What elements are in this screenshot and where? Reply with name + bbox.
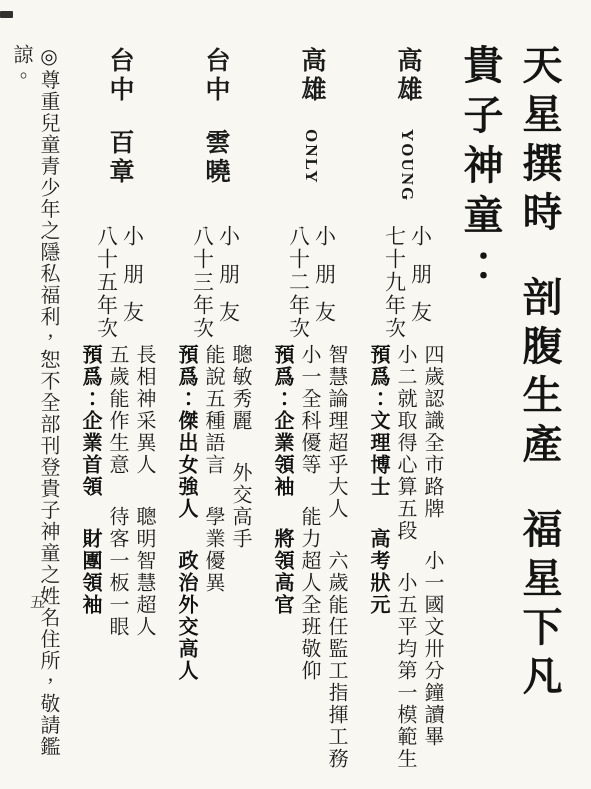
description-phrase: 聰敏秀麗 [229, 344, 251, 432]
entry-child-label: 小朋友 [312, 225, 337, 340]
entry-title: 高雄ONLY [296, 47, 326, 185]
title-segment: 剖腹生產 [517, 276, 562, 472]
description-column: 小二就取得心算五段小五平均第一模範生 [391, 344, 418, 783]
prediction-column: 預爲：文理博士高考狀元 [364, 344, 391, 783]
page-title: 天星撰時剖腹生產福星下凡 [513, 44, 565, 783]
description-phrase: 小二就取得心算五段 [394, 344, 416, 542]
description-phrase: 能說五種語言 [202, 344, 224, 476]
prediction-phrase: 高考狀元 [367, 528, 389, 616]
description-phrase: 小五平均第一模範生 [394, 572, 416, 770]
description-phrase: 四歲認識全市路牌 [421, 344, 443, 520]
description-phrase: 待客一板一眼 [106, 506, 128, 638]
entry-birth-year: 七十九年次 [382, 225, 407, 340]
entry-header: 台中雲曉 小朋友 八十三年次 [177, 44, 253, 340]
description-column: 能說五種語言學業優異 [199, 344, 226, 783]
entry-name: YOUNG [398, 129, 417, 202]
prediction-phrase: 政治外交高人 [175, 550, 197, 682]
description-phrase: 小一國文卅分鐘讀畢 [421, 550, 443, 748]
description-phrase: 外交高手 [229, 462, 251, 550]
entry-name: ONLY [302, 129, 321, 185]
entry-description: 四歲認識全市路牌小一國文卅分鐘讀畢 小二就取得心算五段小五平均第一模範生 預爲：… [369, 340, 445, 783]
child-entry: 高雄ONLY 小朋友 八十二年次 智慧論理超乎大人六歲能任監工指揮工務 小一全科… [273, 44, 349, 783]
description-phrase: 能力超人全班敬仰 [298, 506, 320, 682]
description-phrase: 五歲能作生意 [106, 344, 128, 476]
page-subtitle: 貴子神童： [455, 44, 505, 783]
description-phrase: 智慧論理超乎大人 [325, 344, 347, 520]
description-column: 智慧論理超乎大人六歲能任監工指揮工務 [322, 344, 349, 783]
vertical-text-flow: 天星撰時剖腹生產福星下凡 貴子神童： 高雄YOUNG 小朋友 七十九年次 四歲認… [0, 0, 591, 789]
entry-child-label: 小朋友 [120, 225, 145, 340]
prediction-phrase: 財團領袖 [79, 528, 101, 616]
prediction-column: 預爲：企業領袖將領高官 [268, 344, 295, 783]
entry-birth-year: 八十五年次 [94, 225, 119, 340]
prediction-column: 預爲：企業首領財團領袖 [76, 344, 103, 783]
title-segment: 福星下凡 [517, 508, 562, 704]
prediction-phrase: 預爲：企業首領 [79, 344, 101, 498]
entry-name: 百章 [106, 129, 133, 187]
child-entry: 高雄YOUNG 小朋友 七十九年次 四歲認識全市路牌小一國文卅分鐘讀畢 小二就取… [369, 44, 445, 783]
title-segment: 天星撰時 [517, 44, 562, 240]
entry-birth-year: 八十二年次 [286, 225, 311, 340]
prediction-phrase: 預爲：傑出女強人 [175, 344, 197, 520]
prediction-phrase: 預爲：企業領袖 [271, 344, 293, 498]
entry-child-label: 小朋友 [408, 225, 433, 340]
entry-header: 高雄YOUNG 小朋友 七十九年次 [369, 44, 445, 340]
privacy-notice: ◎尊重兒童青少年之隱私福利，恕不全部刊登貴子神童之姓名住所，敬請鑑諒。 [7, 44, 61, 783]
entry-title: 高雄YOUNG [392, 47, 422, 202]
description-column: 聰敏秀麗外交高手 [226, 344, 253, 783]
entry-header: 高雄ONLY 小朋友 八十二年次 [273, 44, 349, 340]
entry-birth-year: 八十三年次 [190, 225, 215, 340]
entry-city: 台中 [202, 47, 229, 105]
entry-header: 台中百章 小朋友 八十五年次 [81, 44, 157, 340]
child-entry: 台中百章 小朋友 八十五年次 長相神采異人聰明智慧超人 五歲能作生意待客一板一眼… [81, 44, 157, 783]
description-phrase: 學業優異 [202, 506, 224, 594]
entry-age-row: 小朋友 八十二年次 [286, 225, 337, 340]
entry-city: 高雄 [394, 47, 421, 105]
entry-description: 智慧論理超乎大人六歲能任監工指揮工務 小一全科優等能力超人全班敬仰 預爲：企業領… [273, 340, 349, 783]
prediction-column: 預爲：傑出女強人政治外交高人 [172, 344, 199, 783]
page-number: 五 [30, 591, 45, 612]
description-phrase: 小一全科優等 [298, 344, 320, 476]
entry-description: 長相神采異人聰明智慧超人 五歲能作生意待客一板一眼 預爲：企業首領財團領袖 [81, 340, 157, 783]
entry-title: 台中雲曉 [200, 47, 230, 187]
description-column: 長相神采異人聰明智慧超人 [130, 344, 157, 783]
description-phrase: 聰明智慧超人 [133, 506, 155, 638]
description-phrase: 六歲能任監工指揮工務 [325, 550, 347, 770]
entry-description: 聰敏秀麗外交高手 能說五種語言學業優異 預爲：傑出女強人政治外交高人 [177, 340, 253, 783]
scanned-book-page: 天星撰時剖腹生產福星下凡 貴子神童： 高雄YOUNG 小朋友 七十九年次 四歲認… [0, 0, 591, 789]
description-column: 四歲認識全市路牌小一國文卅分鐘讀畢 [418, 344, 445, 783]
description-column: 小一全科優等能力超人全班敬仰 [295, 344, 322, 783]
entry-age-row: 小朋友 八十五年次 [94, 225, 145, 340]
prediction-phrase: 將領高官 [271, 528, 293, 616]
entry-age-row: 小朋友 八十三年次 [190, 225, 241, 340]
entry-name: 雲曉 [202, 129, 229, 187]
description-column: 五歲能作生意待客一板一眼 [103, 344, 130, 783]
prediction-phrase: 預爲：文理博士 [367, 344, 389, 498]
child-entry: 台中雲曉 小朋友 八十三年次 聰敏秀麗外交高手 能說五種語言學業優異 預爲：傑出… [177, 44, 253, 783]
description-phrase: 長相神采異人 [133, 344, 155, 476]
entry-city: 台中 [106, 47, 133, 105]
entry-city: 高雄 [298, 47, 325, 105]
entry-child-label: 小朋友 [216, 225, 241, 340]
entry-age-row: 小朋友 七十九年次 [382, 225, 433, 340]
entry-title: 台中百章 [104, 47, 134, 187]
